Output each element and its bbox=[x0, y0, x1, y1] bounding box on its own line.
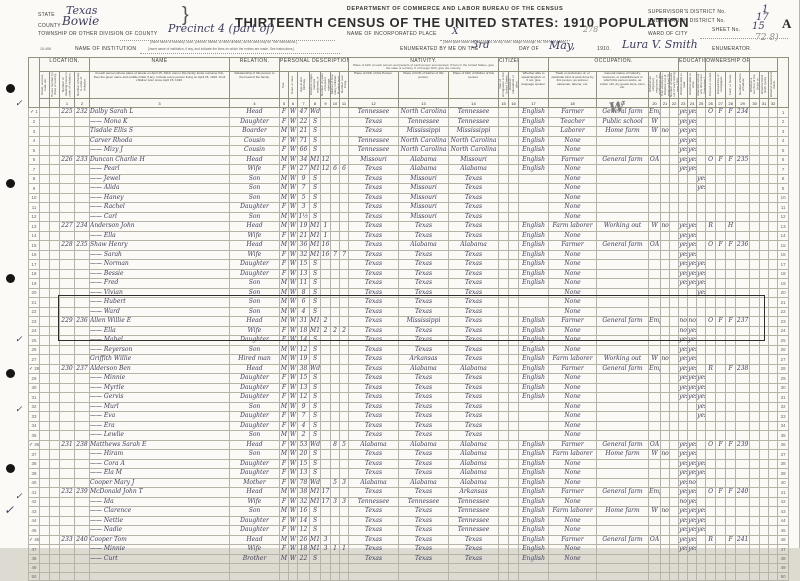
col-subheader-mar: Whether single, married, widowed, or div… bbox=[310, 72, 321, 99]
cell-nat bbox=[509, 478, 519, 488]
cell-blind bbox=[760, 241, 769, 251]
cell-pobf: Texas bbox=[399, 431, 449, 441]
cell-own bbox=[706, 497, 716, 507]
col-number-wks: 22 bbox=[670, 99, 679, 108]
cell-street bbox=[40, 326, 50, 336]
cell-yrs bbox=[321, 108, 331, 118]
hole-punch-dot bbox=[6, 84, 15, 93]
cell-house bbox=[50, 146, 60, 156]
cell-street bbox=[40, 526, 50, 536]
cell-eng: English bbox=[519, 222, 549, 232]
cell-mar: S bbox=[310, 393, 321, 403]
cell-read: yes bbox=[679, 146, 688, 156]
cell-rel: Daughter bbox=[230, 203, 280, 213]
col-number-school: 25 bbox=[697, 99, 706, 108]
cell-wks bbox=[670, 402, 679, 412]
cell-rel: Daughter bbox=[230, 421, 280, 431]
cell-street bbox=[40, 535, 50, 545]
line-number-left: 39 bbox=[29, 469, 40, 479]
cell-fam bbox=[75, 231, 90, 241]
col-sublabel-vet: Whether a survivor of the Union or Confe… bbox=[750, 72, 760, 97]
cell-ind: Public school bbox=[597, 117, 649, 127]
cell-vet bbox=[750, 412, 760, 422]
cell-free bbox=[716, 545, 726, 549]
cell-deaf bbox=[769, 393, 778, 403]
cell-vet bbox=[750, 165, 760, 175]
cell-fam bbox=[75, 193, 90, 203]
cell-farm bbox=[726, 421, 736, 431]
cell-sched bbox=[736, 374, 750, 384]
cell-own bbox=[706, 279, 716, 289]
cell-mar: S bbox=[310, 184, 321, 194]
cell-free bbox=[716, 212, 726, 222]
cell-mar: S bbox=[310, 450, 321, 460]
cell-cl bbox=[340, 383, 349, 393]
cell-color: W bbox=[289, 127, 298, 137]
cell-wks bbox=[670, 155, 679, 165]
cell-sex: M bbox=[280, 127, 289, 137]
cell-age: 12 bbox=[298, 526, 310, 536]
col-number-vet: 30 bbox=[750, 99, 760, 108]
cell-ind bbox=[597, 545, 649, 549]
cell-sex: M bbox=[280, 450, 289, 460]
cell-sched: 241 bbox=[736, 535, 750, 545]
cell-dw bbox=[60, 174, 75, 184]
cell-sex: F bbox=[280, 269, 289, 279]
line-number-left: 33 bbox=[29, 412, 40, 422]
sheet-label: SHEET No. bbox=[712, 27, 740, 33]
cell-pobf: Texas bbox=[399, 393, 449, 403]
census-row: 43—— ClarenceSonMW16STexasTexasTennessee… bbox=[29, 507, 789, 517]
cell-sex: F bbox=[280, 260, 289, 270]
cell-write bbox=[688, 431, 697, 441]
cell-school: yes bbox=[697, 260, 706, 270]
cell-rel: Head bbox=[230, 440, 280, 450]
cell-vet bbox=[750, 269, 760, 279]
cell-pobf: Missouri bbox=[399, 184, 449, 194]
cell-cb bbox=[331, 535, 340, 545]
cell-imm bbox=[499, 108, 509, 118]
cell-eng bbox=[519, 184, 549, 194]
line-number-right: 16 bbox=[778, 250, 789, 260]
col-sublabel-cb: Mother of how many children: Number born… bbox=[331, 72, 340, 97]
cell-write: yes bbox=[688, 250, 697, 260]
cell-nat bbox=[509, 174, 519, 184]
col-number-nat: 16 bbox=[509, 99, 519, 108]
line-number-left: 37 bbox=[29, 450, 40, 460]
cell-free bbox=[716, 279, 726, 289]
column-group-label: CITIZENSHIP. bbox=[499, 58, 518, 64]
cell-pob: Texas bbox=[349, 193, 399, 203]
cell-oow bbox=[661, 184, 670, 194]
column-group-note: Place of birth of each person and parent… bbox=[349, 64, 498, 71]
line-number-right: 7 bbox=[778, 165, 789, 175]
cell-pob: Missouri bbox=[349, 155, 399, 165]
cell-fam bbox=[75, 269, 90, 279]
cell-farm bbox=[726, 250, 736, 260]
cell-ind bbox=[597, 203, 649, 213]
cell-color: W bbox=[289, 545, 298, 549]
cell-read: yes bbox=[679, 250, 688, 260]
cell-farm bbox=[726, 469, 736, 479]
cell-write: yes bbox=[688, 516, 697, 526]
cell-wks bbox=[670, 193, 679, 203]
line-number-right: 6 bbox=[778, 155, 789, 165]
cell-blind bbox=[760, 421, 769, 431]
cell-write: yes bbox=[688, 535, 697, 545]
cell-pobf: Texas bbox=[399, 469, 449, 479]
cell-read: yes bbox=[679, 535, 688, 545]
cell-free bbox=[716, 203, 726, 213]
cell-eng: English bbox=[519, 516, 549, 526]
cell-age: 13 bbox=[298, 383, 310, 393]
cell-rel: Daughter bbox=[230, 393, 280, 403]
line-number-left: 24 bbox=[29, 326, 40, 336]
cell-yrs bbox=[321, 478, 331, 488]
cell-farm: F bbox=[726, 108, 736, 118]
cell-pobf: Texas bbox=[399, 383, 449, 393]
line-number-right: 26 bbox=[778, 345, 789, 355]
cell-nat bbox=[509, 402, 519, 412]
cell-read: yes bbox=[679, 117, 688, 127]
cell-ind bbox=[597, 136, 649, 146]
col-number-imm: 15 bbox=[499, 99, 509, 108]
cell-sched bbox=[736, 279, 750, 289]
cell-sex: M bbox=[280, 535, 289, 545]
cell-oow bbox=[661, 250, 670, 260]
cell-free bbox=[716, 469, 726, 479]
enumerator-signature: Lura V. Smith bbox=[622, 38, 698, 51]
cell-street bbox=[40, 450, 50, 460]
cell-name: —— Alida bbox=[90, 184, 230, 194]
margin-checkmark: ✓ bbox=[15, 99, 23, 109]
cell-school bbox=[697, 345, 706, 355]
line-number-right: 12 bbox=[778, 212, 789, 222]
cell-write: yes bbox=[688, 450, 697, 460]
cell-eng: English bbox=[519, 364, 549, 374]
cell-yrs bbox=[321, 393, 331, 403]
cell-color: W bbox=[289, 516, 298, 526]
col-sublabel-own: Owned or rented. bbox=[709, 72, 712, 97]
cell-write: yes bbox=[688, 165, 697, 175]
col-number-rel: 4 bbox=[230, 99, 280, 108]
cell-cb bbox=[331, 193, 340, 203]
cell-blind bbox=[760, 231, 769, 241]
cell-pobf: Alabama bbox=[399, 478, 449, 488]
cell-cls bbox=[649, 184, 661, 194]
cell-imm bbox=[499, 127, 509, 137]
cell-mar: S bbox=[310, 345, 321, 355]
cell-vet bbox=[750, 440, 760, 450]
cell-name: —— Nettie bbox=[90, 516, 230, 526]
line-checkmark: ✓ bbox=[29, 442, 33, 448]
cell-write: yes bbox=[688, 260, 697, 270]
cell-rel: Wife bbox=[230, 231, 280, 241]
cell-free bbox=[716, 507, 726, 517]
cell-ind bbox=[597, 459, 649, 469]
cell-read: yes bbox=[679, 231, 688, 241]
cell-yrs bbox=[321, 421, 331, 431]
cell-farm bbox=[726, 136, 736, 146]
cell-nat bbox=[509, 127, 519, 137]
cell-mar: M1 bbox=[310, 250, 321, 260]
census-sheet: STATE Texas COUNTY Bowie } DEPARTMENT OF… bbox=[0, 0, 800, 548]
cell-blind bbox=[760, 174, 769, 184]
cell-wks bbox=[670, 355, 679, 365]
col-subheader-cl: Number now living. bbox=[340, 72, 349, 99]
cell-pob: Tennessee bbox=[349, 136, 399, 146]
cell-color: W bbox=[289, 383, 298, 393]
cell-mar: M1 bbox=[310, 231, 321, 241]
cell-rel: Daughter bbox=[230, 269, 280, 279]
cell-oow bbox=[661, 526, 670, 536]
cell-deaf bbox=[769, 288, 778, 298]
cell-own: O bbox=[706, 241, 716, 251]
cell-cb bbox=[331, 155, 340, 165]
cell-name: —— Rachel bbox=[90, 203, 230, 213]
cell-own bbox=[706, 412, 716, 422]
cell-nat bbox=[509, 260, 519, 270]
col-number-color: 6 bbox=[289, 99, 298, 108]
cell-color: W bbox=[289, 469, 298, 479]
cell-house bbox=[50, 412, 60, 422]
cell-sched bbox=[736, 345, 750, 355]
census-row: ✓1225232Dalby Sarah LHeadFW47WdTennessee… bbox=[29, 108, 789, 118]
cell-cls bbox=[649, 260, 661, 270]
cell-rel: Daughter bbox=[230, 260, 280, 270]
cell-vet bbox=[750, 127, 760, 137]
cell-mar: S bbox=[310, 469, 321, 479]
cell-mar: S bbox=[310, 402, 321, 412]
cell-ind bbox=[597, 497, 649, 507]
cell-trade: None bbox=[549, 469, 597, 479]
cell-fam: 232 bbox=[75, 108, 90, 118]
cell-blind bbox=[760, 155, 769, 165]
cell-fam bbox=[75, 374, 90, 384]
col-subheader-street: Street, avenue, road, etc. bbox=[40, 72, 50, 99]
col-subheader-vet: Whether a survivor of the Union or Confe… bbox=[750, 72, 760, 99]
cell-farm bbox=[726, 117, 736, 127]
cell-dw bbox=[60, 184, 75, 194]
cell-ind bbox=[597, 184, 649, 194]
cell-rel: Daughter bbox=[230, 374, 280, 384]
cell-age: 12 bbox=[298, 393, 310, 403]
cell-farm bbox=[726, 355, 736, 365]
cell-yrs bbox=[321, 507, 331, 517]
cell-cb bbox=[331, 136, 340, 146]
cell-color: W bbox=[289, 241, 298, 251]
cell-imm bbox=[499, 402, 509, 412]
cell-age: 12 bbox=[298, 345, 310, 355]
cell-age: 38 bbox=[298, 364, 310, 374]
cell-fam bbox=[75, 450, 90, 460]
cell-fam bbox=[75, 117, 90, 127]
cell-dw bbox=[60, 212, 75, 222]
cell-color: W bbox=[289, 222, 298, 232]
cell-pob: Texas bbox=[349, 374, 399, 384]
cell-fam bbox=[75, 146, 90, 156]
cell-fam bbox=[75, 203, 90, 213]
cell-yrs bbox=[321, 374, 331, 384]
cell-dw: 228 bbox=[60, 241, 75, 251]
cell-read bbox=[679, 402, 688, 412]
cell-sex: M bbox=[280, 155, 289, 165]
cell-cb: 5 bbox=[331, 478, 340, 488]
col-number-read: 23 bbox=[679, 99, 688, 108]
census-row: 26—— ReyersonSonMW12STexasTexasTexasEngl… bbox=[29, 345, 789, 355]
line-number-right: 32 bbox=[778, 402, 789, 412]
line-number-left: 42 bbox=[29, 497, 40, 507]
cell-imm bbox=[499, 535, 509, 545]
cell-farm bbox=[726, 165, 736, 175]
cell-name: —— Hiram bbox=[90, 450, 230, 460]
cell-blind bbox=[760, 184, 769, 194]
cell-age: 21 bbox=[298, 231, 310, 241]
cell-sex: F bbox=[280, 250, 289, 260]
record-highlight-box bbox=[58, 295, 765, 341]
cell-own bbox=[706, 393, 716, 403]
cell-cls bbox=[649, 165, 661, 175]
cell-school bbox=[697, 193, 706, 203]
cell-fam bbox=[75, 345, 90, 355]
cell-age: 22 bbox=[298, 117, 310, 127]
cell-free bbox=[716, 412, 726, 422]
cell-name: Dalby Sarah L bbox=[90, 108, 230, 118]
cell-street bbox=[40, 184, 50, 194]
cell-age: 21 bbox=[298, 127, 310, 137]
cell-street bbox=[40, 298, 50, 308]
cell-cls bbox=[649, 136, 661, 146]
cell-read bbox=[679, 203, 688, 213]
cell-pobf: Texas bbox=[399, 250, 449, 260]
census-row: 14—— EllaWifeFW21M11TexasTexasTexasEngli… bbox=[29, 231, 789, 241]
cell-name: —— Clarence bbox=[90, 507, 230, 517]
cell-trade: None bbox=[549, 231, 597, 241]
cell-cl bbox=[340, 526, 349, 536]
cell-house bbox=[50, 440, 60, 450]
cell-pobm: Texas bbox=[449, 431, 499, 441]
cell-color: W bbox=[289, 355, 298, 365]
cell-imm bbox=[499, 459, 509, 469]
cell-oow bbox=[661, 174, 670, 184]
cell-wks bbox=[670, 136, 679, 146]
cell-ind bbox=[597, 516, 649, 526]
cell-house bbox=[50, 193, 60, 203]
cell-pobf: Texas bbox=[399, 402, 449, 412]
cell-age: 14 bbox=[298, 516, 310, 526]
cell-mar: S bbox=[310, 459, 321, 469]
cell-sex: F bbox=[280, 117, 289, 127]
cell-vet bbox=[750, 450, 760, 460]
cell-yrs bbox=[321, 146, 331, 156]
cell-yrs: 1 bbox=[321, 231, 331, 241]
cell-fam bbox=[75, 421, 90, 431]
cell-color: W bbox=[289, 478, 298, 488]
cell-yrs bbox=[321, 364, 331, 374]
cell-mar: S bbox=[310, 146, 321, 156]
cell-blind bbox=[760, 269, 769, 279]
cell-free bbox=[716, 345, 726, 355]
cell-deaf bbox=[769, 535, 778, 545]
cell-trade: None bbox=[549, 136, 597, 146]
cell-ind: General farm bbox=[597, 364, 649, 374]
cell-pobf: Alabama bbox=[399, 155, 449, 165]
cell-blind bbox=[760, 507, 769, 517]
cell-name: Shaw Henry bbox=[90, 241, 230, 251]
cell-free bbox=[716, 364, 726, 374]
cell-vet bbox=[750, 402, 760, 412]
cell-read: yes bbox=[679, 279, 688, 289]
cell-write: yes bbox=[688, 383, 697, 393]
col-number-mar: 8 bbox=[310, 99, 321, 108]
cell-vet bbox=[750, 497, 760, 507]
cell-name: Matthews Sarah E bbox=[90, 440, 230, 450]
cell-mar: S bbox=[310, 526, 321, 536]
col-sublabel-sched: Number of farm schedule. bbox=[739, 72, 745, 97]
cell-deaf bbox=[769, 459, 778, 469]
cell-free bbox=[716, 260, 726, 270]
line-number-right: 30 bbox=[778, 383, 789, 393]
cell-school bbox=[697, 450, 706, 460]
cell-imm bbox=[499, 184, 509, 194]
cell-name: Alderson Ben bbox=[90, 364, 230, 374]
col-number-house bbox=[50, 99, 60, 108]
cell-dw bbox=[60, 450, 75, 460]
cell-rel: Son bbox=[230, 450, 280, 460]
cell-eng: English bbox=[519, 535, 549, 545]
col-number-sched: 29 bbox=[736, 99, 750, 108]
cell-write: yes bbox=[688, 545, 697, 549]
column-group-header: CITIZENSHIP. bbox=[499, 58, 519, 72]
cell-dw bbox=[60, 507, 75, 517]
cell-ind bbox=[597, 165, 649, 175]
cell-eng: English bbox=[519, 136, 549, 146]
cell-color: W bbox=[289, 507, 298, 517]
cell-school bbox=[697, 146, 706, 156]
census-row: 37—— HiramSonMW20STexasTexasAlabamaEngli… bbox=[29, 450, 789, 460]
cell-pobm: Tennessee bbox=[449, 507, 499, 517]
cell-pobm: Alabama bbox=[449, 364, 499, 374]
cell-farm bbox=[726, 478, 736, 488]
cell-oow bbox=[661, 383, 670, 393]
cell-name: —— Reyerson bbox=[90, 345, 230, 355]
cell-pob: Texas bbox=[349, 117, 399, 127]
cell-cb: 8 bbox=[331, 440, 340, 450]
cell-read: yes bbox=[679, 269, 688, 279]
cell-street bbox=[40, 336, 50, 346]
cell-trade: Farmer bbox=[549, 241, 597, 251]
cell-own bbox=[706, 117, 716, 127]
cell-oow bbox=[661, 478, 670, 488]
cell-blind bbox=[760, 355, 769, 365]
cell-blind bbox=[760, 222, 769, 232]
col-subheader-trade: Trade or profession of, or particular ki… bbox=[549, 72, 597, 99]
cell-farm bbox=[726, 193, 736, 203]
cell-name: —— Haney bbox=[90, 193, 230, 203]
cell-own bbox=[706, 478, 716, 488]
cell-dw bbox=[60, 355, 75, 365]
cell-blind bbox=[760, 402, 769, 412]
cell-pobf: Missouri bbox=[399, 203, 449, 213]
cell-eng: English bbox=[519, 507, 549, 517]
cell-nat bbox=[509, 488, 519, 498]
cell-nat bbox=[509, 184, 519, 194]
cell-color: W bbox=[289, 136, 298, 146]
cell-house bbox=[50, 421, 60, 431]
cell-deaf bbox=[769, 355, 778, 365]
cell-pob: Texas bbox=[349, 279, 399, 289]
cell-pob: Texas bbox=[349, 421, 399, 431]
